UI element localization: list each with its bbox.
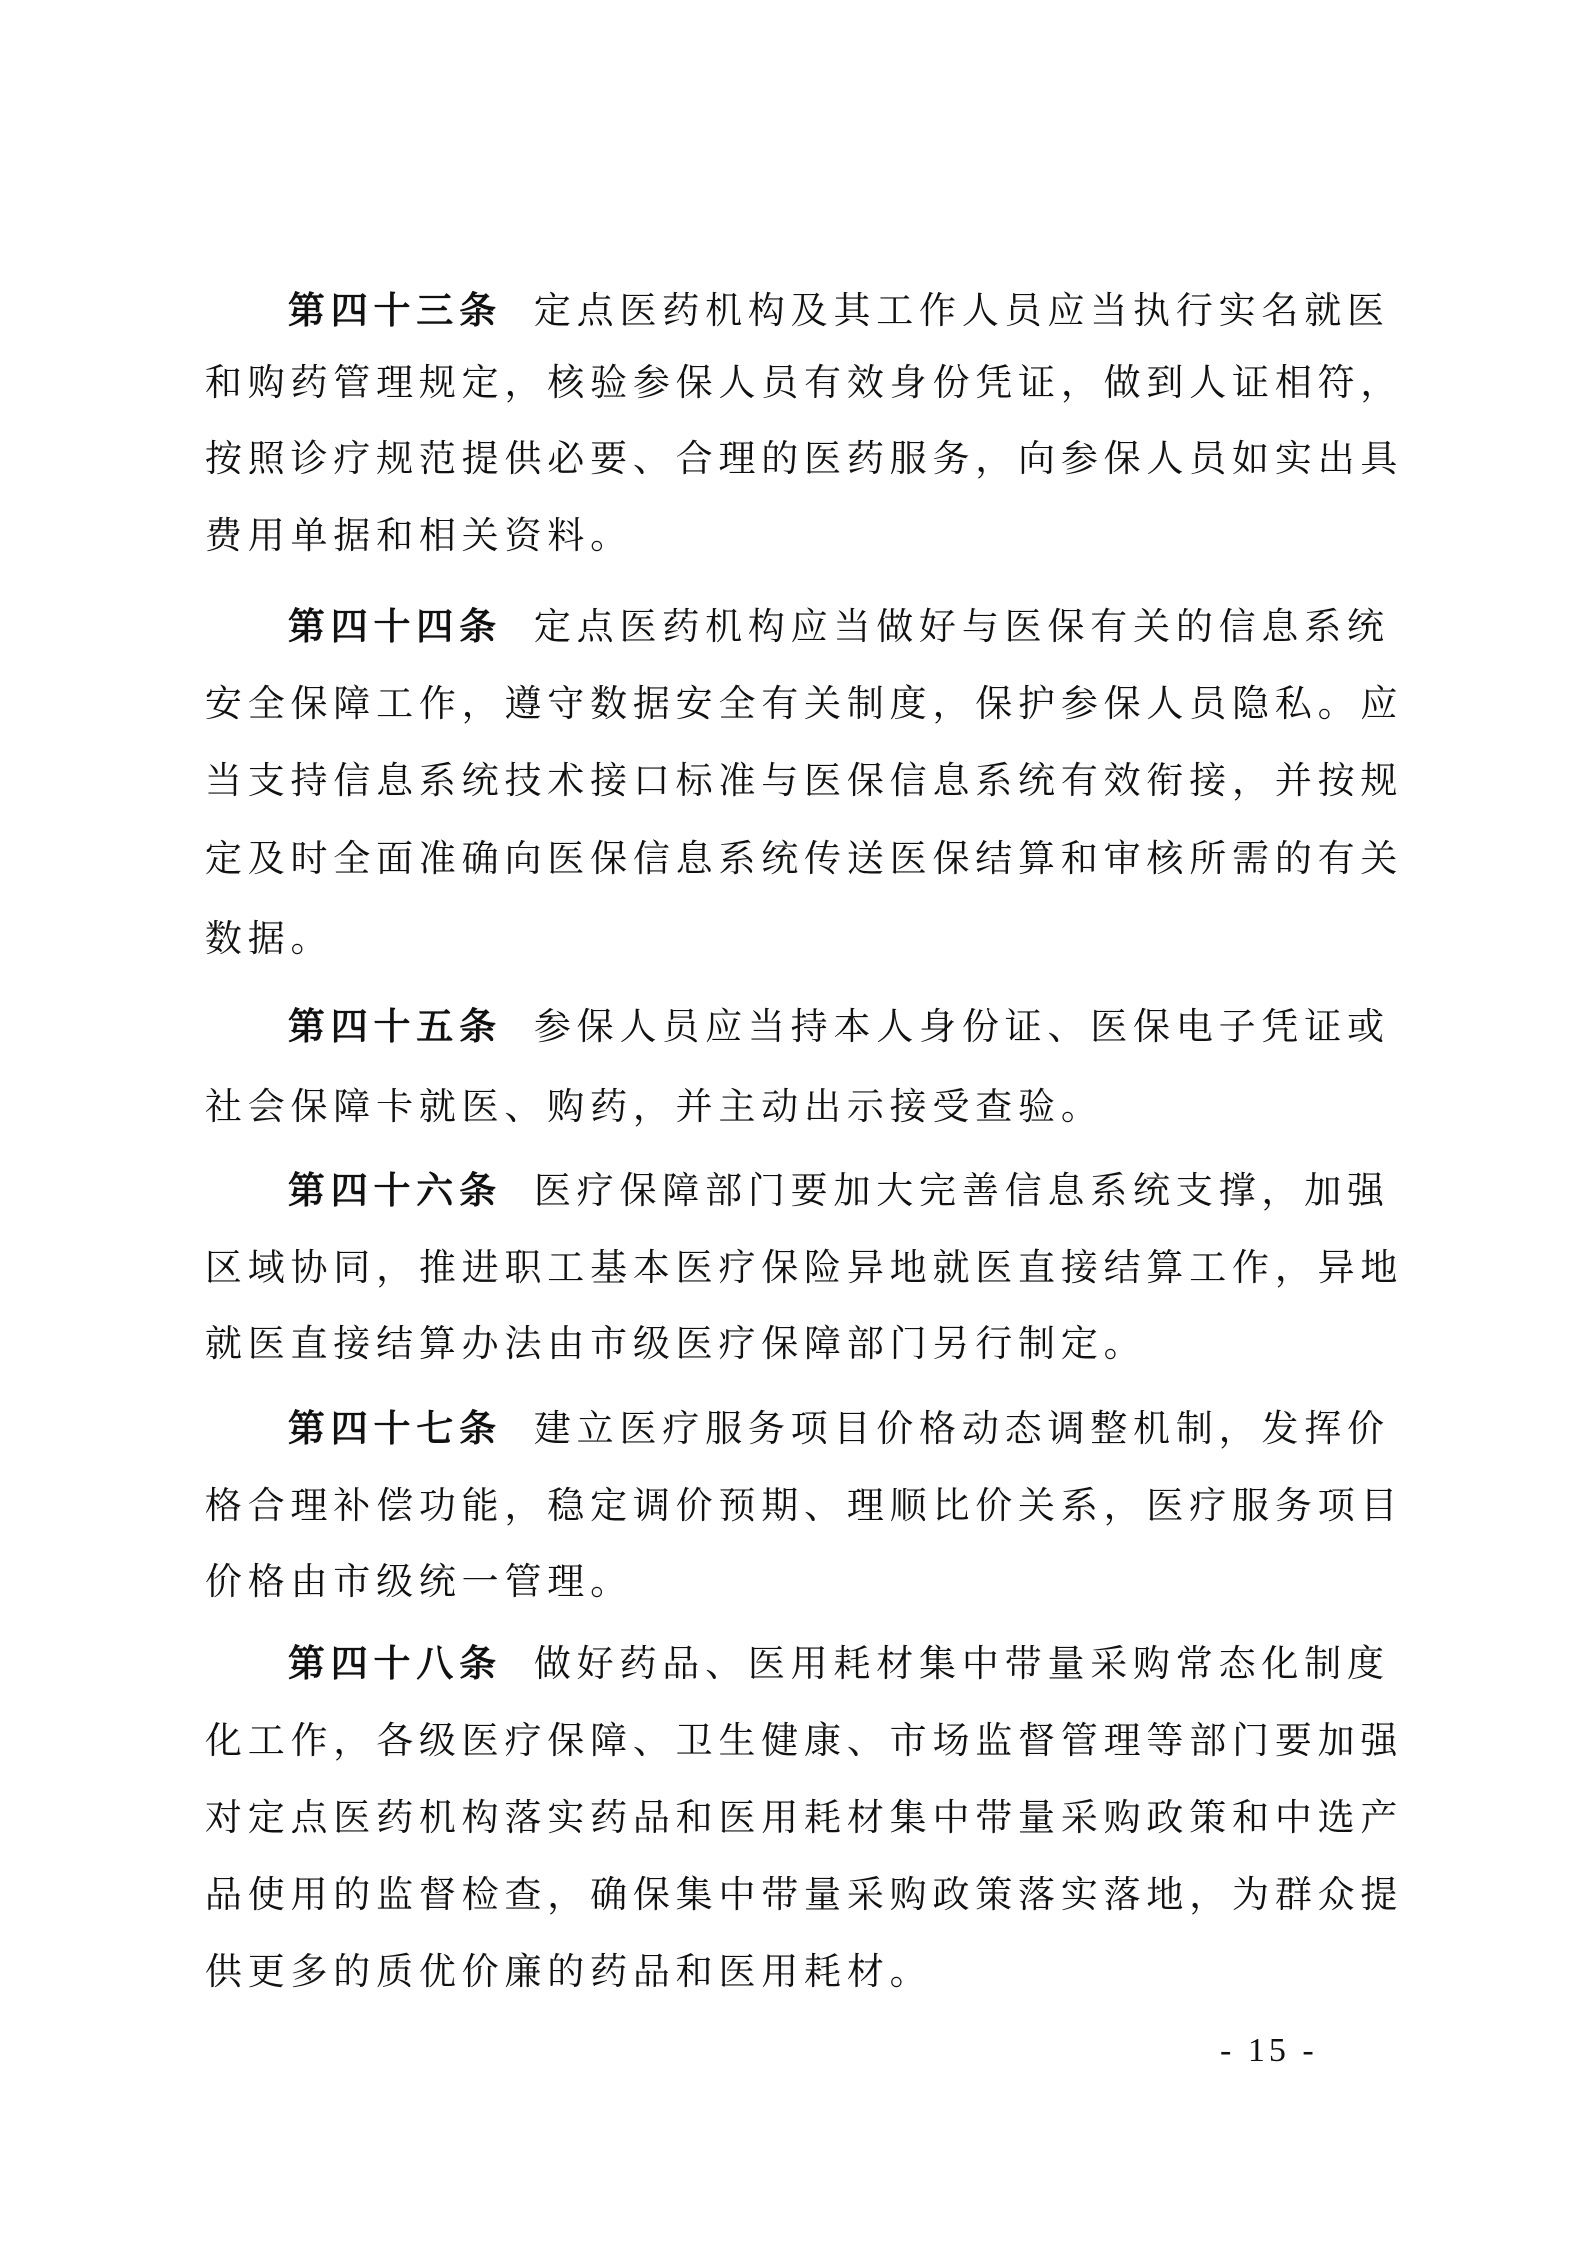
article-first-line: 第四十八条做好药品、医用耗材集中带量采购常态化制度 xyxy=(285,1641,1387,1687)
article-text: 对定点医药机构落实药品和医用耗材集中带量采购政策和中选产 xyxy=(202,1795,1400,1841)
article-line: 就医直接结算办法由市级医疗保障部门另行制定。 xyxy=(202,1321,1144,1367)
article-text: 当支持信息系统技术接口标准与医保信息系统有效衔接，并按规 xyxy=(202,758,1400,804)
article-heading: 第四十五条 xyxy=(285,1004,499,1050)
article-heading: 第四十三条 xyxy=(285,288,499,334)
article-text: 供更多的质优价廉的药品和医用耗材。 xyxy=(202,1949,930,1995)
article-text: 价格由市级统一管理。 xyxy=(202,1559,630,1605)
article-heading: 第四十六条 xyxy=(285,1168,499,1214)
article-text: 定点医药机构及其工作人员应当执行实名就医 xyxy=(531,288,1387,334)
article-line: 按照诊疗规范提供必要、合理的医药服务，向参保人员如实出具 xyxy=(202,436,1400,482)
article-text: 就医直接结算办法由市级医疗保障部门另行制定。 xyxy=(202,1321,1144,1367)
article-first-line: 第四十四条定点医药机构应当做好与医保有关的信息系统 xyxy=(285,604,1387,650)
article-first-line: 第四十三条定点医药机构及其工作人员应当执行实名就医 xyxy=(285,288,1387,334)
article-text: 数据。 xyxy=(202,916,330,962)
article-text: 和购药管理规定，核验参保人员有效身份凭证，做到人证相符， xyxy=(202,360,1400,406)
article-line: 费用单据和相关资料。 xyxy=(202,513,630,559)
article-text: 按照诊疗规范提供必要、合理的医药服务，向参保人员如实出具 xyxy=(202,436,1400,482)
page-number: - 15 - xyxy=(1220,2032,1318,2070)
article-first-line: 第四十七条建立医疗服务项目价格动态调整机制，发挥价 xyxy=(285,1406,1387,1452)
article-line: 价格由市级统一管理。 xyxy=(202,1559,630,1605)
article-text: 品使用的监督检查，确保集中带量采购政策落实落地，为群众提 xyxy=(202,1872,1400,1918)
article-text: 费用单据和相关资料。 xyxy=(202,513,630,559)
article-line: 安全保障工作，遵守数据安全有关制度，保护参保人员隐私。应 xyxy=(202,681,1400,727)
article-text: 定及时全面准确向医保信息系统传送医保结算和审核所需的有关 xyxy=(202,836,1400,882)
article-line: 区域协同，推进职工基本医疗保险异地就医直接结算工作，异地 xyxy=(202,1245,1400,1291)
article-heading: 第四十四条 xyxy=(285,604,499,650)
article-text: 安全保障工作，遵守数据安全有关制度，保护参保人员隐私。应 xyxy=(202,681,1400,727)
article-line: 品使用的监督检查，确保集中带量采购政策落实落地，为群众提 xyxy=(202,1872,1400,1918)
article-line: 格合理补偿功能，稳定调价预期、理顺比价关系，医疗服务项目 xyxy=(202,1483,1400,1529)
article-first-line: 第四十五条参保人员应当持本人身份证、医保电子凭证或 xyxy=(285,1004,1387,1050)
article-text: 社会保障卡就医、购药，并主动出示接受查验。 xyxy=(202,1084,1101,1130)
article-text: 建立医疗服务项目价格动态调整机制，发挥价 xyxy=(531,1406,1387,1452)
article-text: 区域协同，推进职工基本医疗保险异地就医直接结算工作，异地 xyxy=(202,1245,1400,1291)
article-line: 化工作，各级医疗保障、卫生健康、市场监督管理等部门要加强 xyxy=(202,1718,1400,1764)
article-line: 当支持信息系统技术接口标准与医保信息系统有效衔接，并按规 xyxy=(202,758,1400,804)
article-text: 化工作，各级医疗保障、卫生健康、市场监督管理等部门要加强 xyxy=(202,1718,1400,1764)
article-text: 参保人员应当持本人身份证、医保电子凭证或 xyxy=(531,1004,1387,1050)
article-text: 医疗保障部门要加大完善信息系统支撑，加强 xyxy=(531,1168,1387,1214)
article-line: 供更多的质优价廉的药品和医用耗材。 xyxy=(202,1949,930,1995)
article-line: 和购药管理规定，核验参保人员有效身份凭证，做到人证相符， xyxy=(202,360,1400,406)
article-text: 做好药品、医用耗材集中带量采购常态化制度 xyxy=(531,1641,1387,1687)
article-heading: 第四十八条 xyxy=(285,1641,499,1687)
article-first-line: 第四十六条医疗保障部门要加大完善信息系统支撑，加强 xyxy=(285,1168,1387,1214)
article-text: 定点医药机构应当做好与医保有关的信息系统 xyxy=(531,604,1387,650)
article-heading: 第四十七条 xyxy=(285,1406,499,1452)
article-line: 定及时全面准确向医保信息系统传送医保结算和审核所需的有关 xyxy=(202,836,1400,882)
article-line: 对定点医药机构落实药品和医用耗材集中带量采购政策和中选产 xyxy=(202,1795,1400,1841)
article-text: 格合理补偿功能，稳定调价预期、理顺比价关系，医疗服务项目 xyxy=(202,1483,1400,1529)
article-line: 数据。 xyxy=(202,916,330,962)
article-line: 社会保障卡就医、购药，并主动出示接受查验。 xyxy=(202,1084,1101,1130)
